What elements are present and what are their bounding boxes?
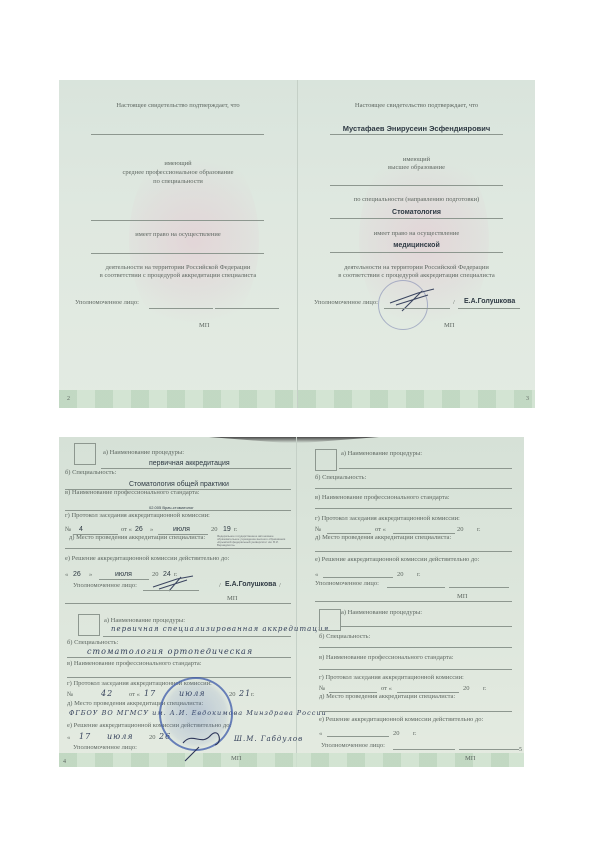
specialty-label: б) Специальность:	[65, 469, 116, 476]
activity-line1: деятельности на территории Российской Фе…	[59, 264, 297, 271]
checkbox-square	[315, 449, 337, 471]
activity-line	[91, 253, 264, 254]
authorized-name: Е.А.Голушкова	[225, 581, 276, 588]
valid-day: 17	[79, 732, 91, 741]
intro-text: Настоящее свидетельство подтверждает, чт…	[59, 102, 297, 109]
seal-label: МП	[457, 593, 467, 600]
specialty-line	[67, 657, 291, 658]
seal-label: МП	[465, 755, 475, 762]
authorized-label: Уполномоченное лицо:	[315, 580, 379, 587]
decision-label: е) Решение аккредитационной комиссии дей…	[65, 555, 229, 562]
protocol-day: 26	[135, 526, 143, 533]
checkbox-square	[78, 614, 100, 636]
specialty-value: Стоматология общей практики	[129, 481, 229, 488]
education-line	[330, 185, 503, 186]
name-line	[459, 749, 519, 750]
protocol-month: июля	[173, 526, 190, 533]
holder-name: Мустафаев Энирусеин Эсфендиярович	[298, 124, 535, 133]
authorized-label: Уполномоченное лицо:	[321, 742, 385, 749]
specialty-line	[330, 218, 503, 219]
procedure-label: а) Наименование процедуры:	[341, 609, 422, 616]
place-value: Федеральное государственное автономное о…	[217, 535, 292, 547]
year-prefix: 20	[211, 526, 218, 533]
procedure-label: а) Наименование процедуры:	[104, 617, 185, 624]
place-line	[319, 711, 512, 712]
standard-line	[319, 669, 512, 670]
standard-label: в) Наименование профессионального станда…	[67, 660, 202, 667]
seal-label: МП	[227, 595, 237, 602]
year-suffix: г.	[477, 526, 481, 533]
name-line	[458, 308, 520, 309]
education-text: высшее образование	[298, 164, 535, 171]
year-suffix: г.	[417, 571, 421, 578]
year-suffix: г.	[413, 730, 417, 737]
decorative-border	[59, 390, 297, 408]
valid-day: 26	[73, 571, 81, 578]
protocol-day: 17	[144, 689, 156, 698]
number-sign: №	[319, 685, 325, 692]
authorized-label: Уполномоченное лицо:	[314, 299, 378, 306]
valid-month-line	[99, 579, 149, 580]
page-number: 2	[67, 396, 70, 402]
valid-month: июля	[115, 571, 132, 578]
specialty-line	[319, 647, 512, 648]
name-line	[215, 308, 279, 309]
standard-label: в) Наименование профессионального станда…	[315, 494, 450, 501]
specialty-value: Стоматология	[298, 209, 535, 216]
number-sign: №	[65, 526, 71, 533]
year-suffix: г.	[234, 526, 238, 533]
quote: »	[150, 526, 153, 533]
specialty-line	[91, 220, 264, 221]
number-sign: №	[315, 526, 321, 533]
decision-label: е) Решение аккредитационной комиссии дей…	[319, 716, 483, 723]
section-divider	[65, 603, 291, 604]
year-prefix: 20	[397, 571, 404, 578]
standard-label: в) Наименование профессионального станда…	[319, 654, 454, 661]
decorative-border	[298, 390, 535, 408]
seal-label: МП	[231, 755, 241, 762]
certificate-spread-pages-2-3: Настоящее свидетельство подтверждает, чт…	[59, 80, 535, 408]
specialty-label: б) Специальность:	[315, 474, 366, 481]
page-number: 3	[526, 396, 529, 402]
from-label: от «	[375, 526, 386, 533]
place-line	[65, 548, 291, 549]
authorized-label: Уполномоченное лицо:	[73, 744, 137, 751]
procedure-value: первичная аккредитация	[149, 460, 230, 467]
from-label: от «	[129, 691, 140, 698]
authorized-name: Е.А.Голушкова	[464, 298, 515, 305]
by-specialty-text: по специальности	[59, 178, 297, 185]
protocol-year: 19	[223, 526, 231, 533]
year-prefix: 20	[149, 734, 156, 741]
open-quote: «	[67, 734, 70, 741]
signature-line	[143, 590, 199, 591]
having-text: имеющий	[298, 156, 535, 163]
accreditation-spread-pages-4-5: а) Наименование процедуры: первичная акк…	[59, 437, 524, 767]
page-number: 5	[519, 747, 522, 753]
checkbox-square	[319, 609, 341, 631]
signature-line	[384, 308, 450, 309]
signature-line	[149, 308, 213, 309]
place-line	[315, 551, 512, 552]
protocol-number: 42	[101, 689, 113, 698]
protocol-label: г) Протокол заседания аккредитационной к…	[319, 674, 464, 681]
year-prefix: 20	[229, 691, 236, 698]
procedure-line	[101, 468, 291, 469]
standard-label: в) Наименование профессионального станда…	[65, 489, 200, 496]
number-sign: №	[67, 691, 73, 698]
section-divider	[315, 601, 512, 602]
procedure-line	[341, 626, 512, 627]
year-prefix: 20	[457, 526, 464, 533]
slash-separator: /	[453, 299, 455, 306]
specialty-label: б) Специальность:	[67, 639, 118, 646]
activity-line2: в соответствии с процедурой аккредитации…	[298, 272, 535, 279]
date-line	[327, 736, 389, 737]
right-to-text: имеет право на осуществление	[298, 230, 535, 237]
slash-separator: /	[279, 582, 281, 589]
page-4: а) Наименование процедуры: первичная акк…	[59, 437, 296, 767]
open-quote: «	[315, 571, 318, 578]
page-number: 4	[63, 759, 66, 765]
education-text: среднее профессиональное образование	[59, 169, 297, 176]
place-label: д) Место проведения аккредитации специал…	[69, 534, 205, 541]
protocol-label: г) Протокол заседания аккредитационной к…	[65, 512, 210, 519]
quote: »	[89, 571, 92, 578]
seal-label: МП	[444, 322, 454, 329]
activity-value: медицинской	[298, 242, 535, 249]
page-3: Настоящее свидетельство подтверждает, чт…	[298, 80, 535, 408]
year-suffix: г.	[251, 691, 255, 698]
holder-name-line	[330, 134, 503, 135]
signature-line	[387, 587, 445, 588]
activity-line2: в соответствии с процедурой аккредитации…	[59, 272, 297, 279]
slash-separator: /	[219, 582, 221, 589]
specialty-value: стоматология ортопедическая	[87, 647, 253, 656]
activity-line	[330, 252, 503, 253]
seal-label: МП	[199, 322, 209, 329]
authorized-label: Уполномоченное лицо:	[75, 299, 139, 306]
intro-text: Настоящее свидетельство подтверждает, чт…	[298, 102, 535, 109]
specialty-line	[315, 488, 512, 489]
page-2: Настоящее свидетельство подтверждает, чт…	[59, 80, 297, 408]
protocol-label: г) Протокол заседания аккредитационной к…	[315, 515, 460, 522]
place-label: д) Место проведения аккредитации специал…	[315, 534, 451, 541]
procedure-label: а) Наименование процедуры:	[103, 449, 184, 456]
valid-month: июля	[107, 732, 134, 741]
signature-line	[393, 749, 455, 750]
standard-line	[315, 508, 512, 509]
protocol-number: 4	[79, 526, 83, 533]
date-line	[323, 577, 393, 578]
procedure-line	[103, 636, 291, 637]
place-label: д) Место проведения аккредитации специал…	[319, 693, 455, 700]
right-to-text: имеет право на осуществление	[59, 231, 297, 238]
by-specialty-text: по специальности (направлению подготовки…	[298, 196, 535, 203]
name-line	[449, 587, 509, 588]
checkbox-square	[74, 443, 96, 465]
activity-line1: деятельности на территории Российской Фе…	[298, 264, 535, 271]
procedure-label: а) Наименование процедуры:	[341, 450, 422, 457]
year-prefix: 20	[393, 730, 400, 737]
authorized-name: Ш.М. Габдулов	[234, 735, 303, 743]
specialty-label: б) Специальность:	[319, 633, 370, 640]
protocol-year: 21	[239, 689, 251, 698]
open-quote: «	[65, 571, 68, 578]
holder-name-line	[91, 134, 264, 135]
standard-line	[67, 677, 291, 678]
standard-line	[65, 510, 291, 511]
having-text: имеющий	[59, 160, 297, 167]
open-quote: «	[319, 730, 322, 737]
from-label: от «	[381, 685, 392, 692]
year-prefix: 20	[463, 685, 470, 692]
procedure-line	[339, 468, 512, 469]
page-5: а) Наименование процедуры: б) Специально…	[297, 437, 524, 767]
signature	[179, 727, 229, 763]
from-label: от «	[121, 526, 132, 533]
year-suffix: г.	[483, 685, 487, 692]
decision-label: е) Решение аккредитационной комиссии дей…	[315, 556, 479, 563]
authorized-label: Уполномоченное лицо:	[73, 582, 137, 589]
